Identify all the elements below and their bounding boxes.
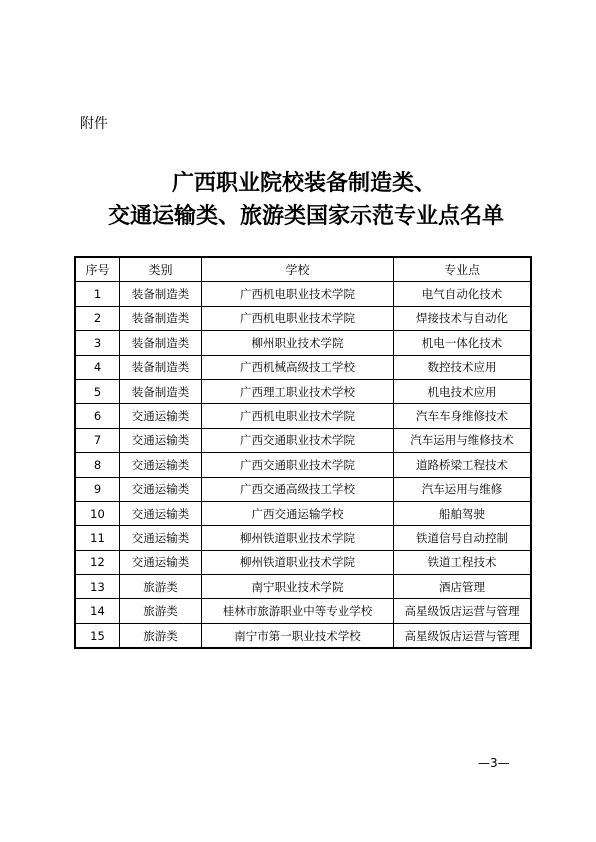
cell-program: 汽车车身维修技术 bbox=[394, 404, 532, 428]
cell-category: 交通运输类 bbox=[120, 428, 202, 452]
cell-category: 交通运输类 bbox=[120, 404, 202, 428]
cell-school: 广西交通运输学校 bbox=[202, 501, 394, 525]
cell-category: 交通运输类 bbox=[120, 477, 202, 501]
header-category: 类别 bbox=[120, 257, 202, 282]
cell-category: 交通运输类 bbox=[120, 550, 202, 574]
cell-program: 铁道信号自动控制 bbox=[394, 526, 532, 550]
cell-category: 旅游类 bbox=[120, 623, 202, 648]
cell-program: 汽车运用与维修 bbox=[394, 477, 532, 501]
cell-index: 3 bbox=[75, 331, 120, 355]
cell-index: 11 bbox=[75, 526, 120, 550]
cell-index: 10 bbox=[75, 501, 120, 525]
cell-index: 6 bbox=[75, 404, 120, 428]
cell-school: 柳州铁道职业技术学院 bbox=[202, 550, 394, 574]
table-row: 12交通运输类柳州铁道职业技术学院铁道工程技术 bbox=[75, 550, 531, 574]
cell-category: 装备制造类 bbox=[120, 306, 202, 330]
demonstration-program-table: 序号 类别 学校 专业点 1装备制造类广西机电职业技术学院电气自动化技术2装备制… bbox=[74, 256, 532, 649]
cell-index: 8 bbox=[75, 453, 120, 477]
table-row: 3装备制造类柳州职业技术学院机电一体化技术 bbox=[75, 331, 531, 355]
header-index: 序号 bbox=[75, 257, 120, 282]
header-program: 专业点 bbox=[394, 257, 532, 282]
cell-index: 12 bbox=[75, 550, 120, 574]
cell-program: 机电技术应用 bbox=[394, 379, 532, 403]
cell-program: 焊接技术与自动化 bbox=[394, 306, 532, 330]
cell-school: 南宁市第一职业技术学校 bbox=[202, 623, 394, 648]
cell-category: 交通运输类 bbox=[120, 526, 202, 550]
table-row: 1装备制造类广西机电职业技术学院电气自动化技术 bbox=[75, 282, 531, 306]
header-school: 学校 bbox=[202, 257, 394, 282]
cell-program: 高星级饭店运营与管理 bbox=[394, 599, 532, 623]
cell-index: 2 bbox=[75, 306, 120, 330]
cell-program: 道路桥梁工程技术 bbox=[394, 453, 532, 477]
cell-category: 装备制造类 bbox=[120, 355, 202, 379]
cell-category: 交通运输类 bbox=[120, 453, 202, 477]
table-row: 5装备制造类广西理工职业技术学校机电技术应用 bbox=[75, 379, 531, 403]
table-row: 10交通运输类广西交通运输学校船舶驾驶 bbox=[75, 501, 531, 525]
attachment-label: 附件 bbox=[80, 113, 108, 133]
cell-school: 柳州职业技术学院 bbox=[202, 331, 394, 355]
cell-index: 7 bbox=[75, 428, 120, 452]
table-row: 11交通运输类柳州铁道职业技术学院铁道信号自动控制 bbox=[75, 526, 531, 550]
cell-school: 桂林市旅游职业中等专业学校 bbox=[202, 599, 394, 623]
table-row: 15旅游类南宁市第一职业技术学校高星级饭店运营与管理 bbox=[75, 623, 531, 648]
cell-program: 酒店管理 bbox=[394, 575, 532, 599]
cell-program: 汽车运用与维修技术 bbox=[394, 428, 532, 452]
cell-school: 广西机电职业技术学院 bbox=[202, 404, 394, 428]
cell-index: 1 bbox=[75, 282, 120, 306]
cell-program: 数控技术应用 bbox=[394, 355, 532, 379]
cell-index: 4 bbox=[75, 355, 120, 379]
cell-school: 广西理工职业技术学校 bbox=[202, 379, 394, 403]
table-row: 7交通运输类广西交通职业技术学院汽车运用与维修技术 bbox=[75, 428, 531, 452]
cell-category: 装备制造类 bbox=[120, 379, 202, 403]
cell-index: 15 bbox=[75, 623, 120, 648]
cell-category: 交通运输类 bbox=[120, 501, 202, 525]
cell-category: 旅游类 bbox=[120, 575, 202, 599]
cell-school: 广西机电职业技术学院 bbox=[202, 282, 394, 306]
cell-category: 旅游类 bbox=[120, 599, 202, 623]
cell-category: 装备制造类 bbox=[120, 282, 202, 306]
table-header-row: 序号 类别 学校 专业点 bbox=[75, 257, 531, 282]
cell-school: 广西交通职业技术学院 bbox=[202, 428, 394, 452]
cell-program: 高星级饭店运营与管理 bbox=[394, 623, 532, 648]
cell-index: 14 bbox=[75, 599, 120, 623]
table-row: 9交通运输类广西交通高级技工学校汽车运用与维修 bbox=[75, 477, 531, 501]
cell-program: 机电一体化技术 bbox=[394, 331, 532, 355]
cell-program: 船舶驾驶 bbox=[394, 501, 532, 525]
cell-category: 装备制造类 bbox=[120, 331, 202, 355]
table-row: 6交通运输类广西机电职业技术学院汽车车身维修技术 bbox=[75, 404, 531, 428]
table-row: 14旅游类桂林市旅游职业中等专业学校高星级饭店运营与管理 bbox=[75, 599, 531, 623]
cell-program: 铁道工程技术 bbox=[394, 550, 532, 574]
table-row: 8交通运输类广西交通职业技术学院道路桥梁工程技术 bbox=[75, 453, 531, 477]
cell-index: 13 bbox=[75, 575, 120, 599]
table-row: 4装备制造类广西机械高级技工学校数控技术应用 bbox=[75, 355, 531, 379]
page-number: —3— bbox=[478, 756, 510, 770]
cell-index: 9 bbox=[75, 477, 120, 501]
cell-school: 南宁职业技术学院 bbox=[202, 575, 394, 599]
cell-program: 电气自动化技术 bbox=[394, 282, 532, 306]
document-title-line-1: 广西职业院校装备制造类、 bbox=[6, 166, 596, 197]
table-row: 2装备制造类广西机电职业技术学院焊接技术与自动化 bbox=[75, 306, 531, 330]
cell-school: 柳州铁道职业技术学院 bbox=[202, 526, 394, 550]
cell-school: 广西机电职业技术学院 bbox=[202, 306, 394, 330]
document-title-line-2: 交通运输类、旅游类国家示范专业点名单 bbox=[8, 199, 596, 230]
cell-school: 广西交通高级技工学校 bbox=[202, 477, 394, 501]
cell-school: 广西交通职业技术学院 bbox=[202, 453, 394, 477]
cell-school: 广西机械高级技工学校 bbox=[202, 355, 394, 379]
table-row: 13旅游类南宁职业技术学院酒店管理 bbox=[75, 575, 531, 599]
cell-index: 5 bbox=[75, 379, 120, 403]
